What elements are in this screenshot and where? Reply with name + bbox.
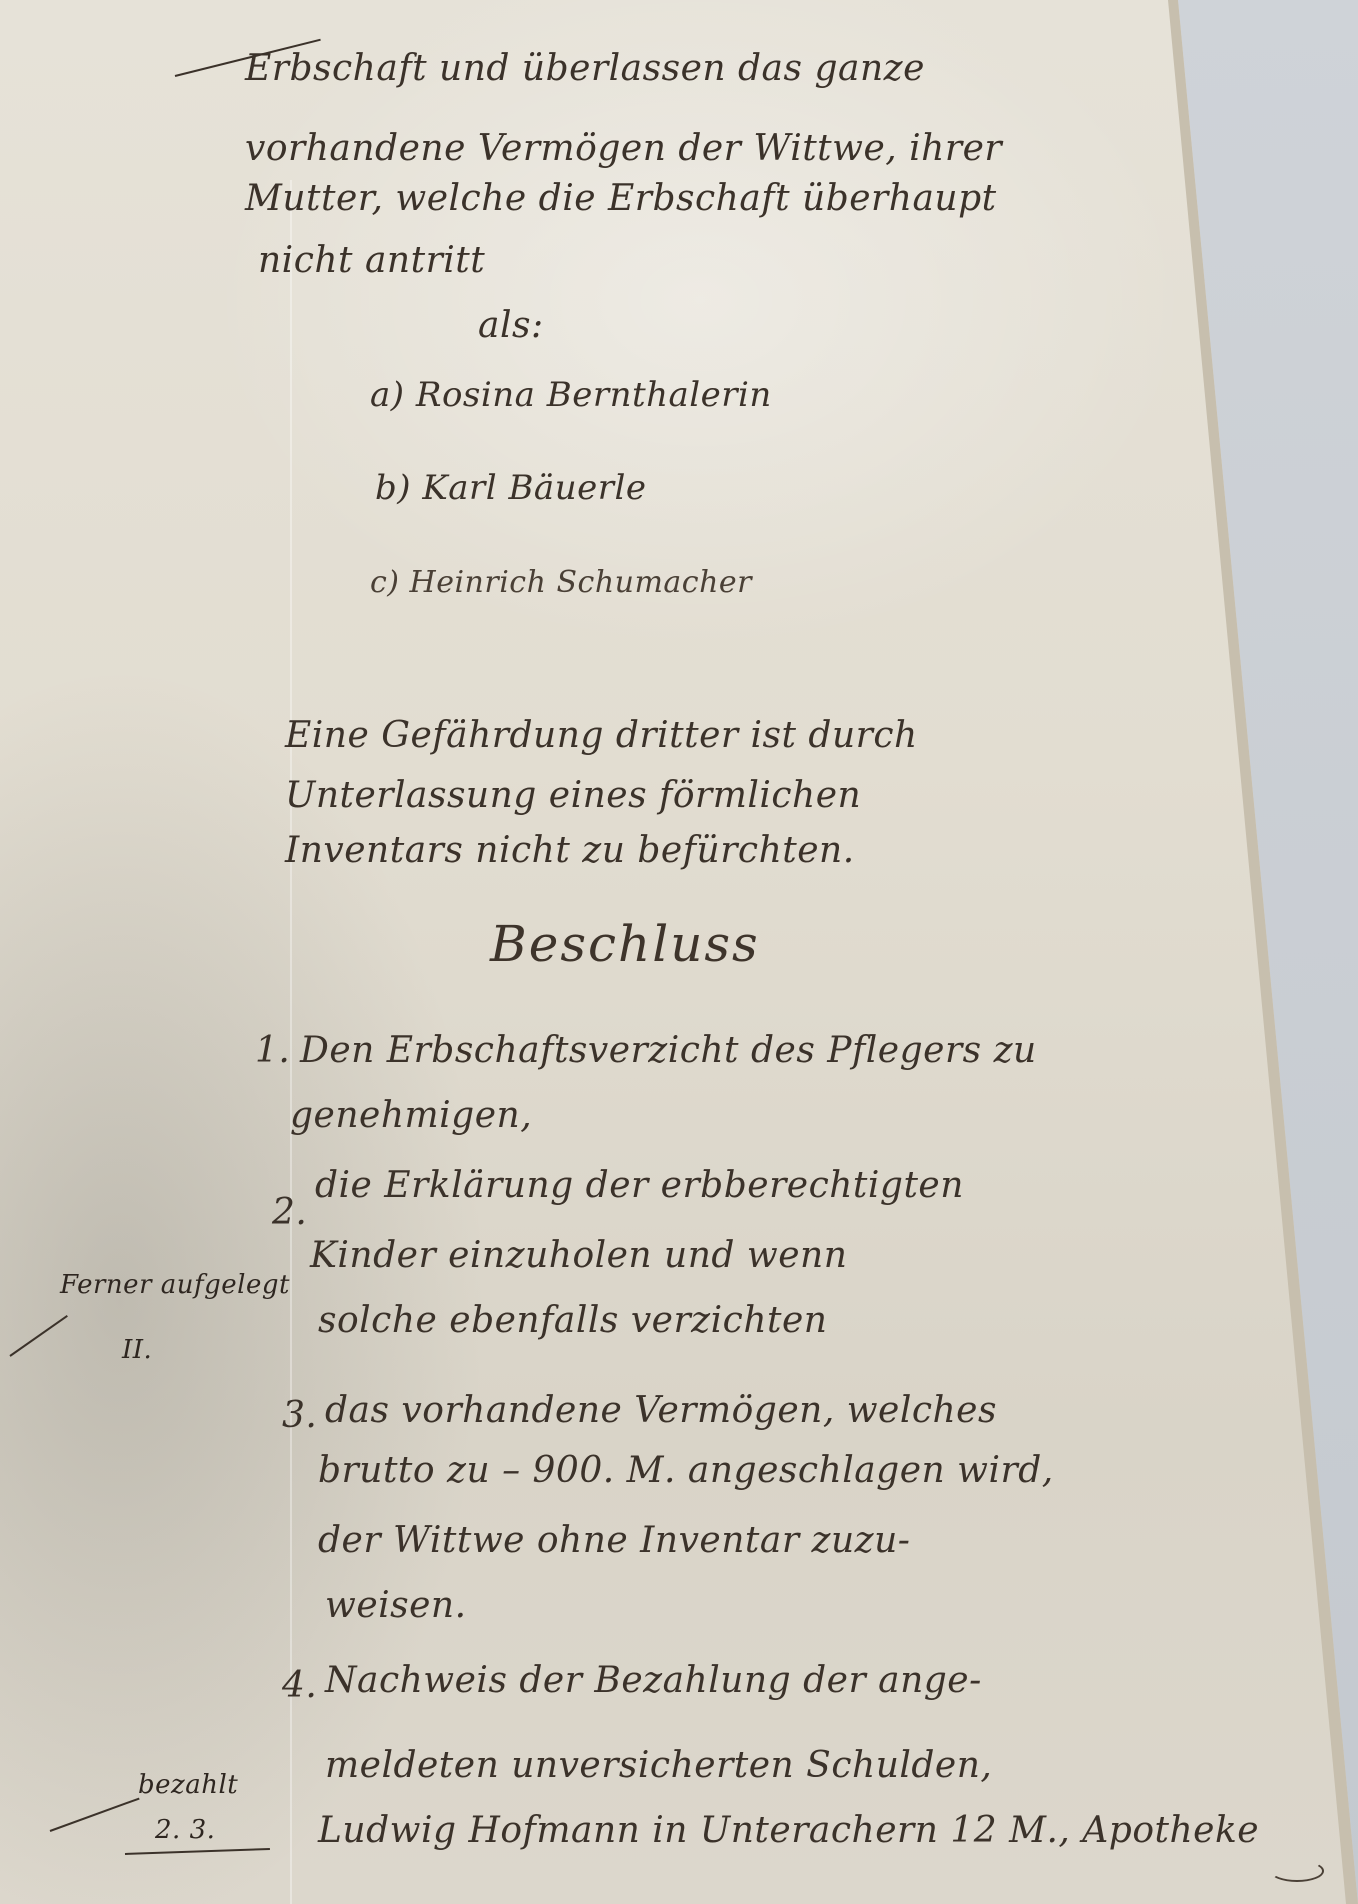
signatory-1: a) Rosina Bernthalerin <box>370 375 772 415</box>
finding-line-2: Unterlassung eines förmlichen <box>285 775 861 816</box>
intro-line-1: Erbschaft und überlassen das ganze <box>245 48 925 89</box>
resolution-3-line-1: das vorhandene Vermögen, welches <box>325 1390 997 1431</box>
signatory-2: b) Karl Bäuerle <box>375 468 646 508</box>
finding-line-1: Eine Gefährdung dritter ist durch <box>285 715 918 756</box>
finding-line-3: Inventars nicht zu befürchten. <box>285 830 855 871</box>
resolution-3-number: 3. <box>282 1395 317 1436</box>
resolution-2-number: 2. <box>272 1192 307 1233</box>
intro-line-3: Mutter, welche die Erbschaft überhaupt <box>245 178 997 219</box>
resolution-1-number: 1. <box>255 1030 290 1071</box>
decision-heading: Beschluss <box>490 915 760 973</box>
signatory-3: c) Heinrich Schumacher <box>370 565 752 600</box>
signatory-header: als: <box>478 305 544 346</box>
margin-note-1: Ferner aufgelegt <box>60 1270 290 1300</box>
resolution-2-line-1: die Erklärung der erbberechtigten <box>315 1165 964 1206</box>
resolution-3-line-2: brutto zu – 900. M. angeschlagen wird, <box>318 1450 1054 1491</box>
resolution-4-number: 4. <box>282 1665 317 1706</box>
resolution-4-line-3: Ludwig Hofmann in Unterachern 12 M., Apo… <box>318 1810 1259 1851</box>
resolution-2-line-3: solche ebenfalls verzichten <box>318 1300 827 1341</box>
resolution-3-line-4: weisen. <box>325 1585 467 1626</box>
intro-line-2: vorhandene Vermögen der Wittwe, ihrer <box>245 128 1002 169</box>
resolution-2-line-2: Kinder einzuholen und wenn <box>310 1235 847 1276</box>
intro-line-4: nicht antritt <box>258 240 485 281</box>
resolution-3-line-3: der Wittwe ohne Inventar zuzu- <box>318 1520 910 1561</box>
resolution-4-line-1: Nachweis der Bezahlung der ange- <box>325 1660 982 1701</box>
resolution-1-line-2: genehmigen, <box>290 1095 532 1136</box>
resolution-4-line-2: meldeten unversicherten Schulden, <box>325 1745 992 1786</box>
end-flourish <box>1270 1860 1324 1882</box>
margin-note-2: bezahlt <box>138 1770 238 1800</box>
margin-note-2-sub: 2. 3. <box>155 1815 215 1845</box>
resolution-1-line-1: Den Erbschaftsverzicht des Pflegers zu <box>300 1030 1037 1071</box>
margin-note-1-sub: II. <box>122 1335 152 1365</box>
